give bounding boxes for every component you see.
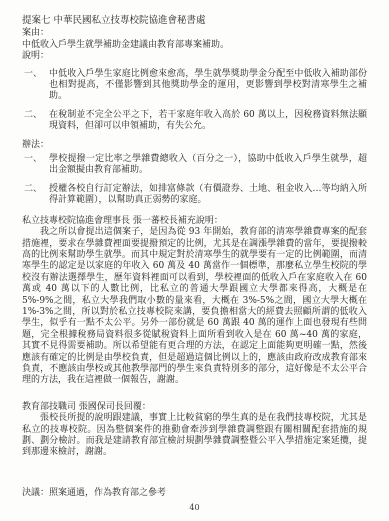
resolution-line: 決議：照案通過，作為教育部之參考: [22, 488, 367, 499]
explanation-label: 說明：: [22, 51, 367, 62]
method-item-1: 一、 學校提撥一定比率之學雜費總收入（百分之一），協助中低收入戶學生就學，超出金…: [24, 154, 367, 177]
item-text: 中低收入戶學生家庭比例愈來愈高，學生就學獎助學金分配至中低收入補助部份也相對提高…: [49, 69, 367, 103]
item-text: 學校提撥一定比率之學雜費總收入（百分之一），協助中低收入戶學生就學，超出金額擬由…: [49, 154, 367, 177]
document-page: 提案七 中華民國私立技專校院協進會秘書處 案由： 中低收入戶學生就學補助金建議由…: [0, 0, 389, 521]
item-text: 授權各校自行訂定辦法，如排富條款（有價證券、土地、租金收入…等均納入所得計算範圍…: [49, 184, 367, 207]
supplement-paragraph: 我之所以會提出這個案子，是因為從 93 年開始，教育部的清寒學雜費專案的配套措施…: [22, 227, 367, 387]
case-text: 中低收入戶學生就學補助金建議由教育部專案補助。: [22, 40, 367, 51]
reply-heading: 教育部技職司 張國保司長回覆：: [22, 402, 367, 413]
case-label: 案由：: [22, 28, 367, 39]
item-number: 二、: [24, 184, 42, 207]
method-label: 辦法：: [22, 140, 367, 151]
method-item-2: 二、 授權各校自行訂定辦法，如排富條款（有價證券、土地、租金收入…等均納入所得計…: [24, 184, 367, 207]
item-number: 二、: [24, 110, 42, 133]
reply-paragraph: 張校長所提的說明跟建議，事實上比較貧窮的學生真的是在我們技專校院，尤其是私立的技…: [22, 413, 367, 459]
explanation-item-2: 二、 在稅制並不完全公平之下，若干家庭年收入高於 60 萬以上，因稅務資料無法顯…: [24, 110, 367, 133]
explanation-item-1: 一、 中低收入戶學生家庭比例愈來愈高，學生就學獎助學金分配至中低收入補助部份也相…: [24, 69, 367, 103]
supplement-heading: 私立技專校院協進會理事長 張一蕃校長補充說明：: [22, 216, 367, 227]
item-number: 一、: [24, 69, 42, 103]
proposal-title: 提案七 中華民國私立技專校院協進會秘書處: [22, 15, 367, 26]
item-text: 在稅制並不完全公平之下，若干家庭年收入高於 60 萬以上，因稅務資料無法顯現資料…: [49, 110, 367, 133]
page-number: 40: [0, 502, 389, 513]
item-number: 一、: [24, 154, 42, 177]
